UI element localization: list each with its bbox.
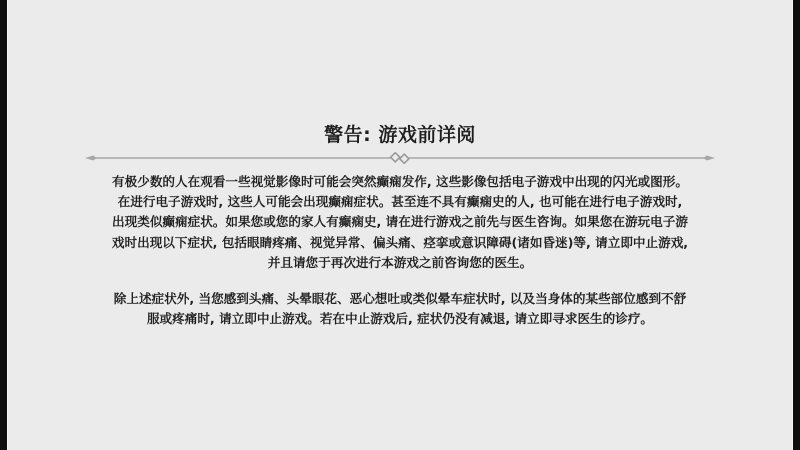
warning-title: 警告: 游戏前详阅 [7, 120, 793, 147]
paragraph-line: 除上述症状外, 当您感到头痛、头晕眼花、恶心想吐或类似晕车症状时, 以及当身体的… [7, 289, 793, 309]
left-tip-icon [85, 156, 97, 161]
paragraph-line: 出现类似癫痫症状。如果您或您的家人有癫痫史, 请在进行游戏之前先与医生咨询。如果… [7, 212, 793, 232]
ornamental-divider [85, 152, 715, 164]
center-ornament-icon [391, 153, 409, 164]
paragraph-line: 有极少数的人在观看一些视觉影像时可能会突然癫痫发作, 这些影像包括电子游戏中出现… [7, 172, 793, 192]
right-tip-icon [703, 156, 715, 161]
warning-screen: 警告: 游戏前详阅 有极少数的人在观看一些视觉影像时可能会突然癫痫发作, 这些影… [7, 0, 793, 450]
warning-paragraph-2: 除上述症状外, 当您感到头痛、头晕眼花、恶心想吐或类似晕车症状时, 以及当身体的… [7, 289, 793, 329]
paragraph-line: 在进行电子游戏时, 这些人可能会出现癫痫症状。甚至连不具有癫痫史的人, 也可能在… [7, 192, 793, 212]
paragraph-line: 并且请您于再次进行本游戏之前咨询您的医生。 [7, 253, 793, 273]
warning-paragraph-1: 有极少数的人在观看一些视觉影像时可能会突然癫痫发作, 这些影像包括电子游戏中出现… [7, 172, 793, 273]
paragraph-line: 戏时出现以下症状, 包括眼睛疼痛、视觉异常、偏头痛、痉挛或意识障碍(诸如昏迷)等… [7, 233, 793, 253]
paragraph-line: 服或疼痛时, 请立即中止游戏。若在中止游戏后, 症状仍没有减退, 请立即寻求医生… [7, 309, 793, 329]
